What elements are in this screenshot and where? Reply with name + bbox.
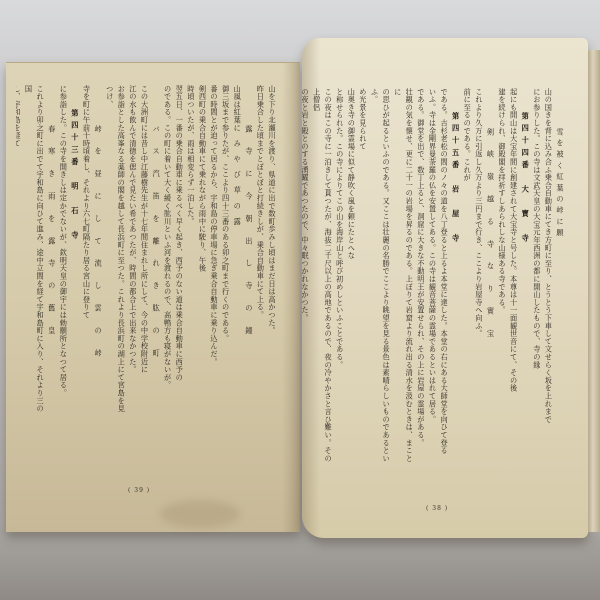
haiku-line: 剣 峡 嶺 越 る 寺 な り 實 宝: [485, 88, 497, 468]
text-column: いふ。寺は金剛界曼荼羅の仏を安置してある。この寺は観音菩薩の霊場であるといはれて…: [427, 88, 439, 468]
section-heading: 第四十五番 岩 屋 寺: [450, 88, 462, 468]
text-column: である。古杉老松の間のノ々の道を八丁登ると上るよ本堂に達した。本堂の右にある大師…: [438, 88, 450, 468]
text-column: め光景を見られて: [357, 88, 369, 468]
text-column: 山の国きを背に込み合ふ乗合自動車にてき方町に至り、とうとう下車して文せらく坂を上…: [543, 88, 555, 468]
text-column: これより久万に引返し久万より三円まで行き、ここより岩屋寺へ向ふ。: [473, 88, 485, 468]
text-column: にお参りした。この寺は文武天皇の大宝元年西洲の都に開山したもので、寺の縁: [531, 88, 543, 468]
text-column: である。御堂を出で、数丁上ると、洞窟に大きな不動明王が安置せられ、その上に岩屋の…: [415, 88, 427, 468]
text-column: 寺を町に午前十時頃着し、それより六七町隔たり居る宮山に登りて: [81, 85, 93, 415]
text-column: の思ひが起るといふのである。又ここは壮麗の名勝でここより眺望を見る景色は素晴らし…: [369, 88, 392, 468]
text-column: 時頃ついたが、雨は相変らず一泊した。: [185, 85, 197, 415]
text-column: のである。この町に着いて大く緩く肱川といふ河を渡れるので、高鴨方も寝がないが。: [162, 85, 174, 415]
section-heading: 第四十三番 明 石 寺: [69, 85, 81, 415]
right-page-text: 雪を被く紅葉の峠に願山の国きを背に込み合ふ乗合自動車にてき方町に至り、とうとう下…: [302, 88, 566, 468]
text-column: お参詣とした高峯なる薬師の閣を越して長浜町に至つた。これより長浜町の湖上にて宮島…: [104, 85, 127, 415]
text-column: し、宇和島を経て: [16, 85, 23, 415]
left-page-number: ( 39 ): [128, 487, 150, 494]
haiku-line: 露 寺 に 今 朝 出 し 寺 の 鐘: [243, 85, 255, 415]
haiku-line: 春 寒 き 雨 を 露 寺 の 舊 皇: [46, 85, 58, 415]
text-column: 山風は紅葉に み や び 草 の 露: [232, 85, 244, 415]
haiku-line: 雪を被く紅葉の峠に願: [554, 88, 566, 468]
text-column: 壮観の気を懐せ、更に二十一の岩場を昇るのである。上ぼりて岩窟より流れ出る清水を汲…: [392, 88, 415, 468]
haiku-line: バ ス 汽 笛 を 離 れ き 肱 の 町: [150, 85, 162, 415]
text-column: この夜はこの寺に一泊きして貰つたが、海抜二千尺以上の高地であるので、夜の冷やかさ…: [311, 88, 334, 468]
text-column: これより卯之町に出でて宇和島に向ひて進み、途中立間を経て宇和島町に入り、それより…: [23, 85, 46, 415]
text-column: 山を下り北瀬川を渡り、県道に出で数町歩みし頃はまだ日は高かつた。: [266, 85, 278, 415]
left-page-text: 山を下り北瀬川を渡り、県道に出で数町歩みし頃はまだ日は高かつた。昨日乗合した頃ま…: [16, 85, 278, 415]
text-column: に参詣した。この寺を開きしは定かでないが、欽明天皇の御宇には勅願所となつて居る。: [58, 85, 70, 415]
text-column: 建を続けられ、御殿閣を拝祈すしあられしな山様ある寺である。: [496, 88, 508, 468]
text-column: 翌五日、一番の乗合自動車に乗るべく早く起き、西予のない道は乗合自動車に西予の: [174, 85, 186, 415]
page-stain: [160, 500, 240, 528]
text-column: 江の水も飲んで清徳を偲んで見たい希であつたが、時間の都合上で出来なかつた。: [127, 85, 139, 415]
left-page: 山を下り北瀬川を渡り、県道に出で数町歩みし頃はまだ日は高かつた。昨日乗合した頃ま…: [6, 62, 300, 532]
right-page: 雪を被く紅葉の峠に願山の国きを背に込み合ふ乗合自動車にてき方町に至り、とうとう下…: [302, 38, 588, 538]
text-column: 山奥き寺の御霊場に似て静吹く風を頼にたとへな: [346, 88, 358, 468]
text-column: 起にも開山は大宝年間に創建されて大宝寺と号した。本尊は十一面観世音にて、その後: [508, 88, 520, 468]
text-column: 昨日乗合した頃までとぼとぼと打続きしが、乗合自動車にて上る。: [255, 85, 267, 415]
book-photo: 山を下り北瀬川を渡り、県道に出で数町歩みし頃はまだ日は高かつた。昨日乗合した頃ま…: [0, 0, 600, 600]
section-heading: 第四十四番 大 寶 寺: [520, 88, 532, 468]
text-column: この大洲町には昔し中江藤樹先生が十七年間住まれし所にして、今の中学校附近に: [139, 85, 151, 415]
text-column: の夜と岩と殿とのする湧躍であつたので、中々眠つかれなかつた。: [302, 88, 311, 468]
text-column: 剣西町の乗合自動車にて乗れながら雨中に駛り、午後: [197, 85, 209, 415]
haiku-line: 峠 を 昼 に し て 流 し 雲 の 峠: [93, 85, 105, 415]
page-stack-edge: [588, 50, 600, 532]
right-page-number: ( 38 ): [426, 505, 448, 512]
text-column: 御三坂まで参りたが、ここより四十三番のある卯之町まで行くのである。: [220, 85, 232, 415]
gutter-shadow-left: [282, 63, 300, 532]
text-column: と称せられた。この寺によりてこの山を海岸山と呼び初めしといふことである。: [334, 88, 346, 468]
text-column: 前に至るのである。これが: [462, 88, 474, 468]
text-column: 番の時間とが迫って居るから、宇和島の停車場に急ぎ乗合自動車に乗り込んだ。: [208, 85, 220, 415]
